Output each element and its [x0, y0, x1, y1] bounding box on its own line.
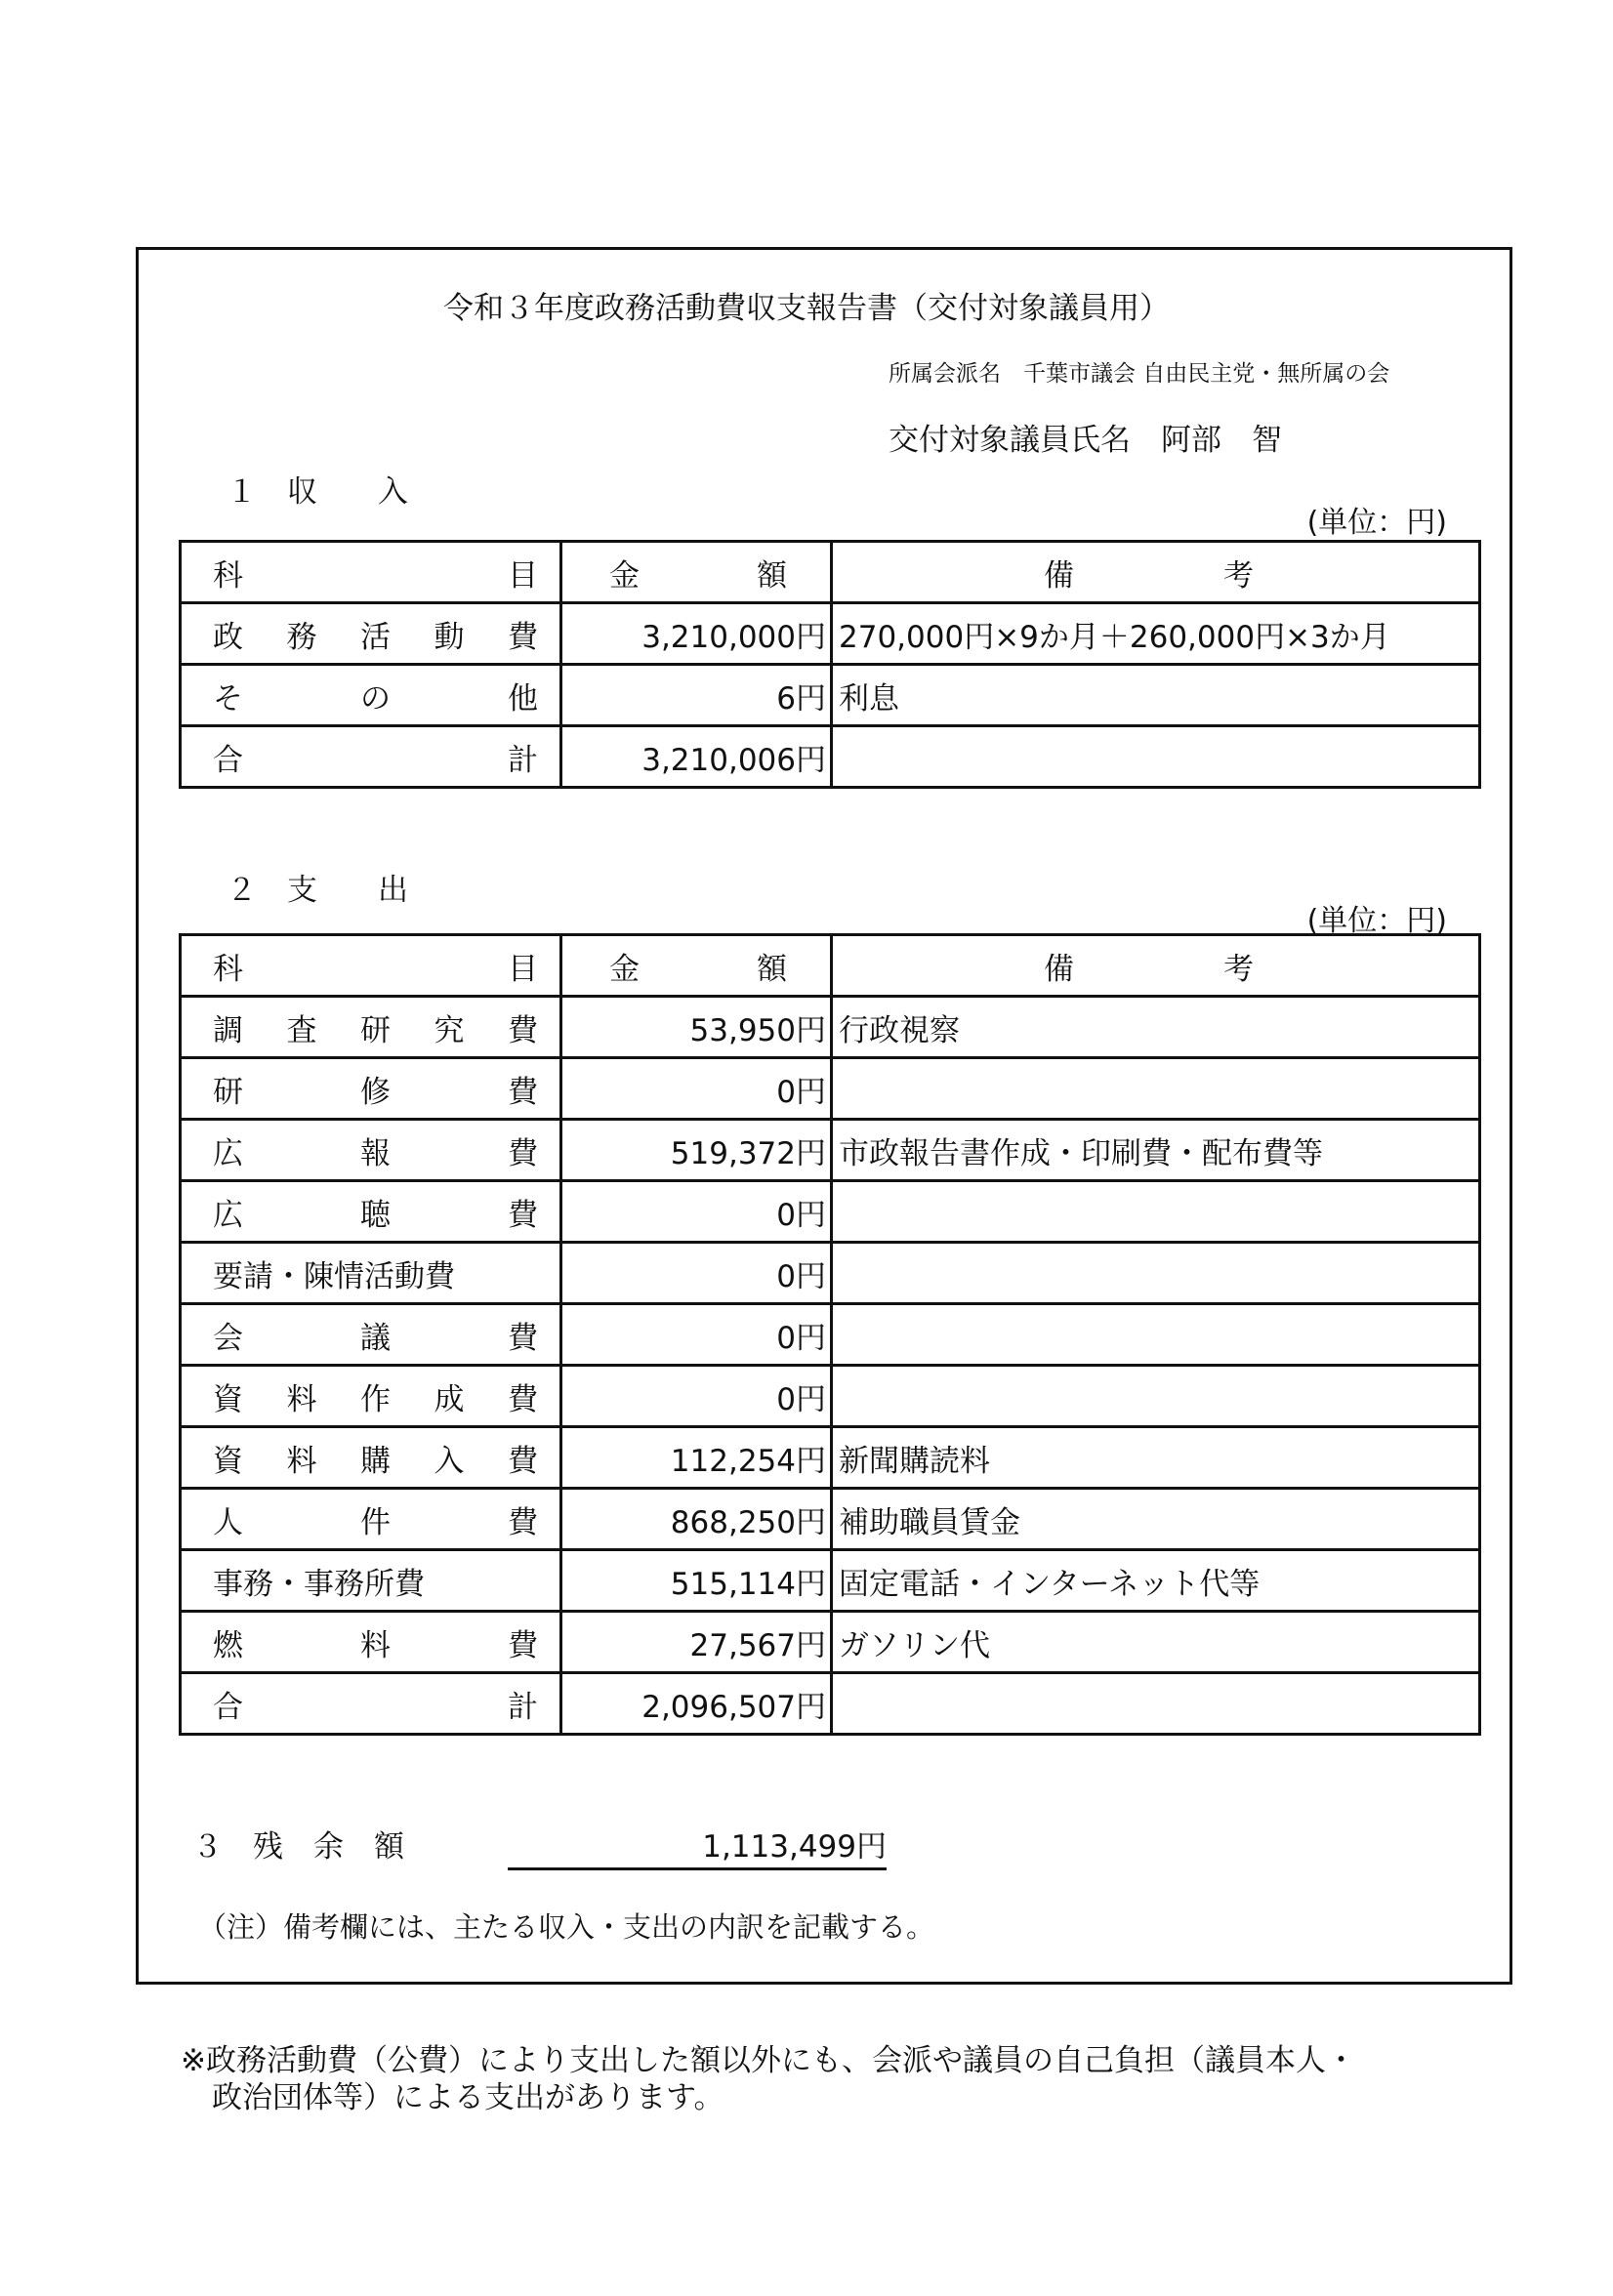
table-row: 調査研究費 53,950円 行政視察	[181, 997, 1480, 1058]
note-cell	[832, 1673, 1480, 1735]
note-cell	[832, 726, 1480, 788]
amount-cell: 53,950円	[561, 997, 832, 1058]
table-row: 燃料費 27,567円 ガソリン代	[181, 1612, 1480, 1673]
note-cell: 新聞購読料	[832, 1427, 1480, 1489]
amount-cell: 0円	[561, 1243, 832, 1304]
member-value: 阿部 智	[1161, 423, 1282, 458]
income-table: 科目 金額 備考 政務活動費 3,210,000円 270,000円×9か月＋2…	[179, 540, 1481, 789]
note-cell: 270,000円×9か月＋260,000円×3か月	[832, 603, 1480, 665]
footnote: ※政務活動費（公費）により支出した額以外にも、会派や議員の自己負担（議員本人・ …	[181, 2042, 1509, 2116]
table-header-row: 科目 金額 備考	[181, 935, 1480, 997]
remainder-value: 1,113,499円	[508, 1822, 887, 1865]
item-cell: 燃料費	[181, 1612, 561, 1673]
item-cell: 合計	[181, 726, 561, 788]
amount-cell: 868,250円	[561, 1489, 832, 1550]
table-row: 資料購入費 112,254円 新聞購読料	[181, 1427, 1480, 1489]
expenditure-section-label: ２ 支 出	[227, 865, 408, 909]
table-row: 広聴費 0円	[181, 1181, 1480, 1243]
amount-cell: 0円	[561, 1181, 832, 1243]
amount-cell: 0円	[561, 1058, 832, 1120]
table-row: 研修費 0円	[181, 1058, 1480, 1120]
affiliation-label: 所属会派名	[889, 361, 1001, 387]
remainder-underline	[508, 1867, 887, 1870]
table-row: 政務活動費 3,210,000円 270,000円×9か月＋260,000円×3…	[181, 603, 1480, 665]
item-cell: 資料作成費	[181, 1366, 561, 1427]
item-cell: 要請・陳情活動費	[181, 1243, 561, 1304]
item-cell: 広聴費	[181, 1181, 561, 1243]
amount-cell: 27,567円	[561, 1612, 832, 1673]
member-label: 交付対象議員氏名	[889, 423, 1131, 458]
table-row: 資料作成費 0円	[181, 1366, 1480, 1427]
affiliation: 所属会派名 千葉市議会 自由民主党・無所属の会	[889, 355, 1389, 388]
item-cell: 合計	[181, 1673, 561, 1735]
note-cell	[832, 1181, 1480, 1243]
amount-cell: 112,254円	[561, 1427, 832, 1489]
amount-cell: 3,210,000円	[561, 603, 832, 665]
header-item: 科目	[181, 542, 561, 603]
table-total-row: 合計 3,210,006円	[181, 726, 1480, 788]
table-row: 事務・事務所費 515,114円 固定電話・インターネット代等	[181, 1550, 1480, 1612]
amount-cell: 2,096,507円	[561, 1673, 832, 1735]
note-cell: 行政視察	[832, 997, 1480, 1058]
table-row: 広報費 519,372円 市政報告書作成・印刷費・配布費等	[181, 1120, 1480, 1181]
note-cell: 補助職員賃金	[832, 1489, 1480, 1550]
footnote-line-2: 政治団体等）による支出があります。	[181, 2079, 1509, 2116]
item-cell: 広報費	[181, 1120, 561, 1181]
amount-cell: 515,114円	[561, 1550, 832, 1612]
report-title: 令和３年度政務活動費収支報告書（交付対象議員用）	[0, 283, 1613, 327]
footnote-line-1: ※政務活動費（公費）により支出した額以外にも、会派や議員の自己負担（議員本人・	[181, 2042, 1509, 2079]
item-cell: 研修費	[181, 1058, 561, 1120]
table-header-row: 科目 金額 備考	[181, 542, 1480, 603]
note-cell: 市政報告書作成・印刷費・配布費等	[832, 1120, 1480, 1181]
amount-cell: 0円	[561, 1366, 832, 1427]
expenditure-table: 科目 金額 備考 調査研究費 53,950円 行政視察 研修費 0円 広報費 5…	[179, 933, 1481, 1736]
header-note: 備考	[832, 542, 1480, 603]
item-cell: 調査研究費	[181, 997, 561, 1058]
item-cell: 資料購入費	[181, 1427, 561, 1489]
header-item: 科目	[181, 935, 561, 997]
amount-cell: 6円	[561, 665, 832, 726]
amount-cell: 0円	[561, 1304, 832, 1366]
member-name: 交付対象議員氏名 阿部 智	[889, 415, 1282, 459]
amount-cell: 3,210,006円	[561, 726, 832, 788]
table-row: 要請・陳情活動費 0円	[181, 1243, 1480, 1304]
table-row: 会議費 0円	[181, 1304, 1480, 1366]
item-cell: 人件費	[181, 1489, 561, 1550]
remainder-label: ３ 残 余 額	[192, 1822, 404, 1865]
amount-cell: 519,372円	[561, 1120, 832, 1181]
note-cell	[832, 1058, 1480, 1120]
item-cell: 事務・事務所費	[181, 1550, 561, 1612]
item-cell: 政務活動費	[181, 603, 561, 665]
note-cell: ガソリン代	[832, 1612, 1480, 1673]
note-cell	[832, 1304, 1480, 1366]
income-section-label: １ 収 入	[227, 467, 408, 511]
note-cell: 利息	[832, 665, 1480, 726]
item-cell: その他	[181, 665, 561, 726]
remarks-note: （注）備考欄には、主たる収入・支出の内訳を記載する。	[198, 1906, 934, 1946]
note-cell	[832, 1366, 1480, 1427]
table-row: 人件費 868,250円 補助職員賃金	[181, 1489, 1480, 1550]
header-amount: 金額	[561, 935, 832, 997]
income-unit: (単位：円)	[1307, 498, 1447, 541]
header-amount: 金額	[561, 542, 832, 603]
header-note: 備考	[832, 935, 1480, 997]
note-cell	[832, 1243, 1480, 1304]
table-total-row: 合計 2,096,507円	[181, 1673, 1480, 1735]
table-row: その他 6円 利息	[181, 665, 1480, 726]
note-cell: 固定電話・インターネット代等	[832, 1550, 1480, 1612]
item-cell: 会議費	[181, 1304, 561, 1366]
affiliation-value: 千葉市議会 自由民主党・無所属の会	[1023, 361, 1389, 387]
